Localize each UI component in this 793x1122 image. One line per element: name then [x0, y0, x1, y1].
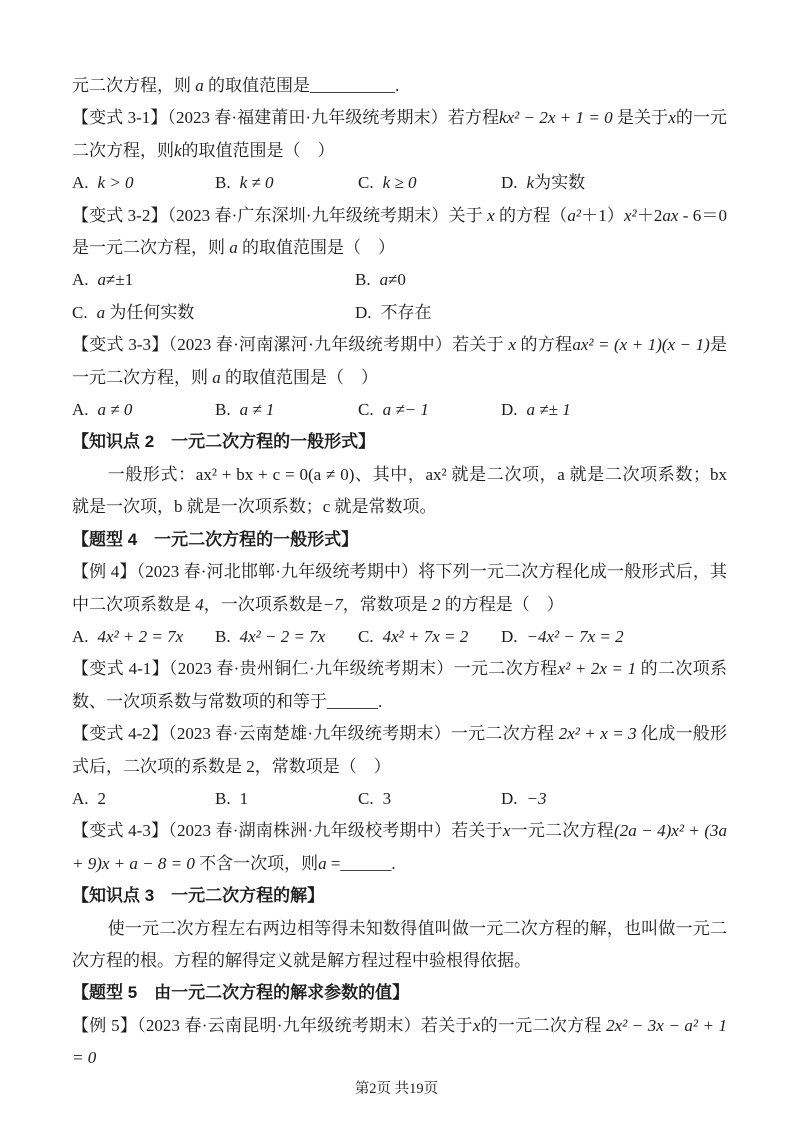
option-label: C.: [358, 173, 374, 192]
math-segment: k ≠ 0: [240, 173, 274, 192]
option-label: D.: [501, 789, 518, 808]
answer-option: C.a 为任何实数: [72, 297, 355, 329]
text-segment: 是关于: [613, 108, 669, 127]
text-segment: 【变式 3-2】（2023 春·广东深圳·九年级统考期末）关于: [72, 206, 487, 225]
paragraph: 【变式 4-1】（2023 春·贵州铜仁·九年级统考期末）一元二次方程x² + …: [72, 653, 727, 718]
text-segment: ＋2: [637, 206, 663, 225]
math-segment: k ≥ 0: [383, 173, 417, 192]
answer-option: C.k ≥ 0: [358, 167, 501, 199]
option-label: D.: [501, 400, 518, 419]
text-segment: 就是二次项，: [447, 465, 558, 484]
paragraph: 【变式 4-2】（2023 春·云南楚雄·九年级统考期末）一元二次方程 2x² …: [72, 718, 727, 783]
math-segment: a: [229, 238, 238, 257]
text-segment: ≠±1: [106, 270, 133, 289]
text-segment: 的一元二次方程: [480, 1016, 606, 1035]
paragraph: 【例 5】（2023 春·云南昆明·九年级统考期末）若关于x的一元二次方程 2x…: [72, 1010, 727, 1075]
text-segment: ＋1）: [581, 206, 624, 225]
math-segment: a²: [567, 206, 581, 225]
option-label: D.: [501, 627, 518, 646]
options-row: A.2B.1C.3D.−3: [72, 783, 727, 815]
math-segment: x²: [624, 206, 637, 225]
answer-option: A.2: [72, 783, 215, 815]
math-segment: a: [195, 76, 204, 95]
math-segment: a ≠± 1: [527, 400, 571, 419]
text-segment: 的取值范围是（ ）: [182, 141, 335, 160]
text-segment: 的方程是（ ）: [440, 595, 563, 614]
text-segment: 【变式 4-3】（2023 春·湖南株洲·九年级校考期中）若关于: [72, 821, 503, 840]
paragraph: 使一元二次方程左右两边相等得未知数得值叫做一元二次方程的解，也叫做一元二次方程的…: [72, 913, 727, 978]
text-segment: ，一次项系数是: [204, 595, 323, 614]
math-segment: a: [318, 854, 327, 873]
text-segment: 【题型 5 由一元二次方程的解求参数的值】: [72, 983, 409, 1002]
answer-option: B.k ≠ 0: [215, 167, 358, 199]
text-segment: 2: [98, 789, 107, 808]
option-label: B.: [215, 173, 231, 192]
answer-option: D.−4x² − 7x = 2: [501, 621, 727, 653]
text-segment: 为任何实数: [105, 303, 194, 322]
option-label: B.: [215, 627, 231, 646]
text-segment: 【知识点 3 一元二次方程的解】: [72, 886, 324, 905]
text-segment: ax² + bx + c = 0(a ≠ 0): [196, 465, 355, 484]
paragraph: 一般形式：ax² + bx + c = 0(a ≠ 0)、其中，ax² 就是二次…: [72, 459, 727, 524]
worksheet-page: 元二次方程，则 a 的取值范围是__________.【变式 3-1】（2023…: [0, 0, 793, 1122]
answer-option: C.3: [358, 783, 501, 815]
math-segment: ax: [662, 206, 678, 225]
paragraph: 【变式 3-2】（2023 春·广东深圳·九年级统考期末）关于 x 的方程（a²…: [72, 200, 727, 265]
answer-option: B.a ≠ 1: [215, 394, 358, 426]
text-segment: bx: [710, 465, 727, 484]
math-segment: kx² − 2x + 1 = 0: [499, 108, 613, 127]
option-label: A.: [72, 627, 89, 646]
page-number: 第2页 共19页: [355, 1081, 438, 1097]
option-label: B.: [355, 270, 371, 289]
text-segment: =______.: [327, 854, 396, 873]
text-segment: 就是一次项，: [72, 497, 174, 516]
math-segment: −4x² − 7x = 2: [527, 627, 624, 646]
text-segment: 【变式 4-1】（2023 春·贵州铜仁·九年级统考期末）一元二次方程: [72, 659, 558, 678]
answer-option: D.不存在: [355, 297, 727, 329]
option-label: A.: [72, 400, 89, 419]
math-segment: x² + 2x = 1: [558, 659, 636, 678]
answer-option: B.a≠0: [355, 264, 727, 296]
text-segment: 使一元二次方程左右两边相等得未知数得值叫做一元二次方程的解，也叫做一元二次方程的…: [72, 919, 727, 970]
options-row: C.a 为任何实数D.不存在: [72, 297, 727, 329]
document-body: 元二次方程，则 a 的取值范围是__________.【变式 3-1】（2023…: [72, 70, 727, 1075]
math-segment: 2x² + x = 3: [559, 724, 637, 743]
option-label: C.: [358, 627, 374, 646]
math-segment: x: [508, 335, 516, 354]
text-segment: 为实数: [534, 173, 585, 192]
answer-option: A.a≠±1: [72, 264, 355, 296]
math-segment: ax² = (x + 1)(x − 1): [572, 335, 709, 354]
text-segment: 【知识点 2 一元二次方程的一般形式】: [72, 432, 375, 451]
text-segment: 一元二次方程: [510, 821, 614, 840]
text-segment: 就是一次项系数；: [183, 497, 323, 516]
text-segment: 就是二次项系数；: [565, 465, 710, 484]
math-segment: 4x² + 2 = 7x: [98, 627, 184, 646]
text-segment: 、其中，: [354, 465, 425, 484]
text-segment: 【题型 4 一元二次方程的一般形式】: [72, 530, 358, 549]
option-label: C.: [358, 400, 374, 419]
text-segment: 3: [383, 789, 392, 808]
math-segment: a: [97, 303, 106, 322]
options-row: A.a ≠ 0B.a ≠ 1C.a ≠− 1D.a ≠± 1: [72, 394, 727, 426]
math-segment: −7: [323, 595, 343, 614]
math-segment: 4x² − 2 = 7x: [240, 627, 326, 646]
text-segment: 的方程: [516, 335, 572, 354]
section-heading: 【知识点 3 一元二次方程的解】: [72, 880, 727, 912]
answer-option: D.k为实数: [501, 167, 727, 199]
text-segment: 不存在: [381, 303, 432, 322]
math-segment: a: [98, 270, 107, 289]
text-segment: 一般形式：: [108, 465, 196, 484]
option-label: D.: [501, 173, 518, 192]
math-segment: a ≠− 1: [383, 400, 429, 419]
math-segment: x: [668, 108, 676, 127]
text-segment: 的方程（: [495, 206, 568, 225]
paragraph: 【变式 3-1】（2023 春·福建莆田·九年级统考期末）若方程kx² − 2x…: [72, 102, 727, 167]
text-segment: 1: [240, 789, 249, 808]
math-segment: k: [527, 173, 535, 192]
answer-option: C.a ≠− 1: [358, 394, 501, 426]
text-segment: 【变式 4-2】（2023 春·云南楚雄·九年级统考期末）一元二次方程: [72, 724, 559, 743]
math-segment: 4: [195, 595, 204, 614]
text-segment: ，常数项是: [343, 595, 432, 614]
text-segment: 不含一次项，则: [195, 854, 318, 873]
paragraph: 【变式 4-3】（2023 春·湖南株洲·九年级校考期中）若关于x一元二次方程(…: [72, 815, 727, 880]
option-label: A.: [72, 270, 89, 289]
text-segment: 的取值范围是__________.: [204, 76, 400, 95]
text-segment: 元二次方程，则: [72, 76, 195, 95]
option-label: C.: [358, 789, 374, 808]
page-footer: 第2页 共19页: [0, 1077, 793, 1098]
text-segment: a: [557, 465, 565, 484]
option-label: B.: [215, 789, 231, 808]
math-segment: k: [174, 141, 182, 160]
option-label: A.: [72, 789, 89, 808]
math-segment: a: [380, 270, 389, 289]
math-segment: x: [487, 206, 495, 225]
text-segment: 就是常数项。: [330, 497, 436, 516]
text-segment: 的取值范围是（ ）: [238, 238, 395, 257]
answer-option: C.4x² + 7x = 2: [358, 621, 501, 653]
math-segment: a: [212, 368, 221, 387]
text-segment: 【变式 3-1】（2023 春·福建莆田·九年级统考期末）若方程: [72, 108, 499, 127]
text-segment: 【例 5】（2023 春·云南昆明·九年级统考期末）若关于: [72, 1016, 473, 1035]
answer-option: B.4x² − 2 = 7x: [215, 621, 358, 653]
answer-option: B.1: [215, 783, 358, 815]
option-label: D.: [355, 303, 372, 322]
options-row: A.k > 0B.k ≠ 0C.k ≥ 0D.k为实数: [72, 167, 727, 199]
text-segment: 【变式 3-3】（2023 春·河南漯河·九年级统考期中）若关于: [72, 335, 508, 354]
text-segment: b: [174, 497, 183, 516]
answer-option: A.4x² + 2 = 7x: [72, 621, 215, 653]
section-heading: 【题型 5 由一元二次方程的解求参数的值】: [72, 977, 727, 1009]
math-segment: a ≠ 0: [98, 400, 133, 419]
paragraph: 【变式 3-3】（2023 春·河南漯河·九年级统考期中）若关于 x 的方程ax…: [72, 329, 727, 394]
options-row: A.4x² + 2 = 7xB.4x² − 2 = 7xC.4x² + 7x =…: [72, 621, 727, 653]
text-segment: ax²: [426, 465, 447, 484]
section-heading: 【知识点 2 一元二次方程的一般形式】: [72, 426, 727, 458]
paragraph: 元二次方程，则 a 的取值范围是__________.: [72, 70, 727, 102]
answer-option: A.k > 0: [72, 167, 215, 199]
answer-option: A.a ≠ 0: [72, 394, 215, 426]
text-segment: ≠0: [388, 270, 406, 289]
paragraph: 【例 4】（2023 春·河北邯郸·九年级统考期中）将下列一元二次方程化成一般形…: [72, 556, 727, 621]
options-row: A.a≠±1B.a≠0: [72, 264, 727, 296]
answer-option: D.−3: [501, 783, 727, 815]
text-segment: 的取值范围是（ ）: [221, 368, 378, 387]
option-label: A.: [72, 173, 89, 192]
math-segment: −3: [527, 789, 547, 808]
option-label: C.: [72, 303, 88, 322]
option-label: B.: [215, 400, 231, 419]
math-segment: a ≠ 1: [240, 400, 275, 419]
section-heading: 【题型 4 一元二次方程的一般形式】: [72, 524, 727, 556]
math-segment: k > 0: [98, 173, 134, 192]
answer-option: D.a ≠± 1: [501, 394, 727, 426]
math-segment: 4x² + 7x = 2: [383, 627, 469, 646]
